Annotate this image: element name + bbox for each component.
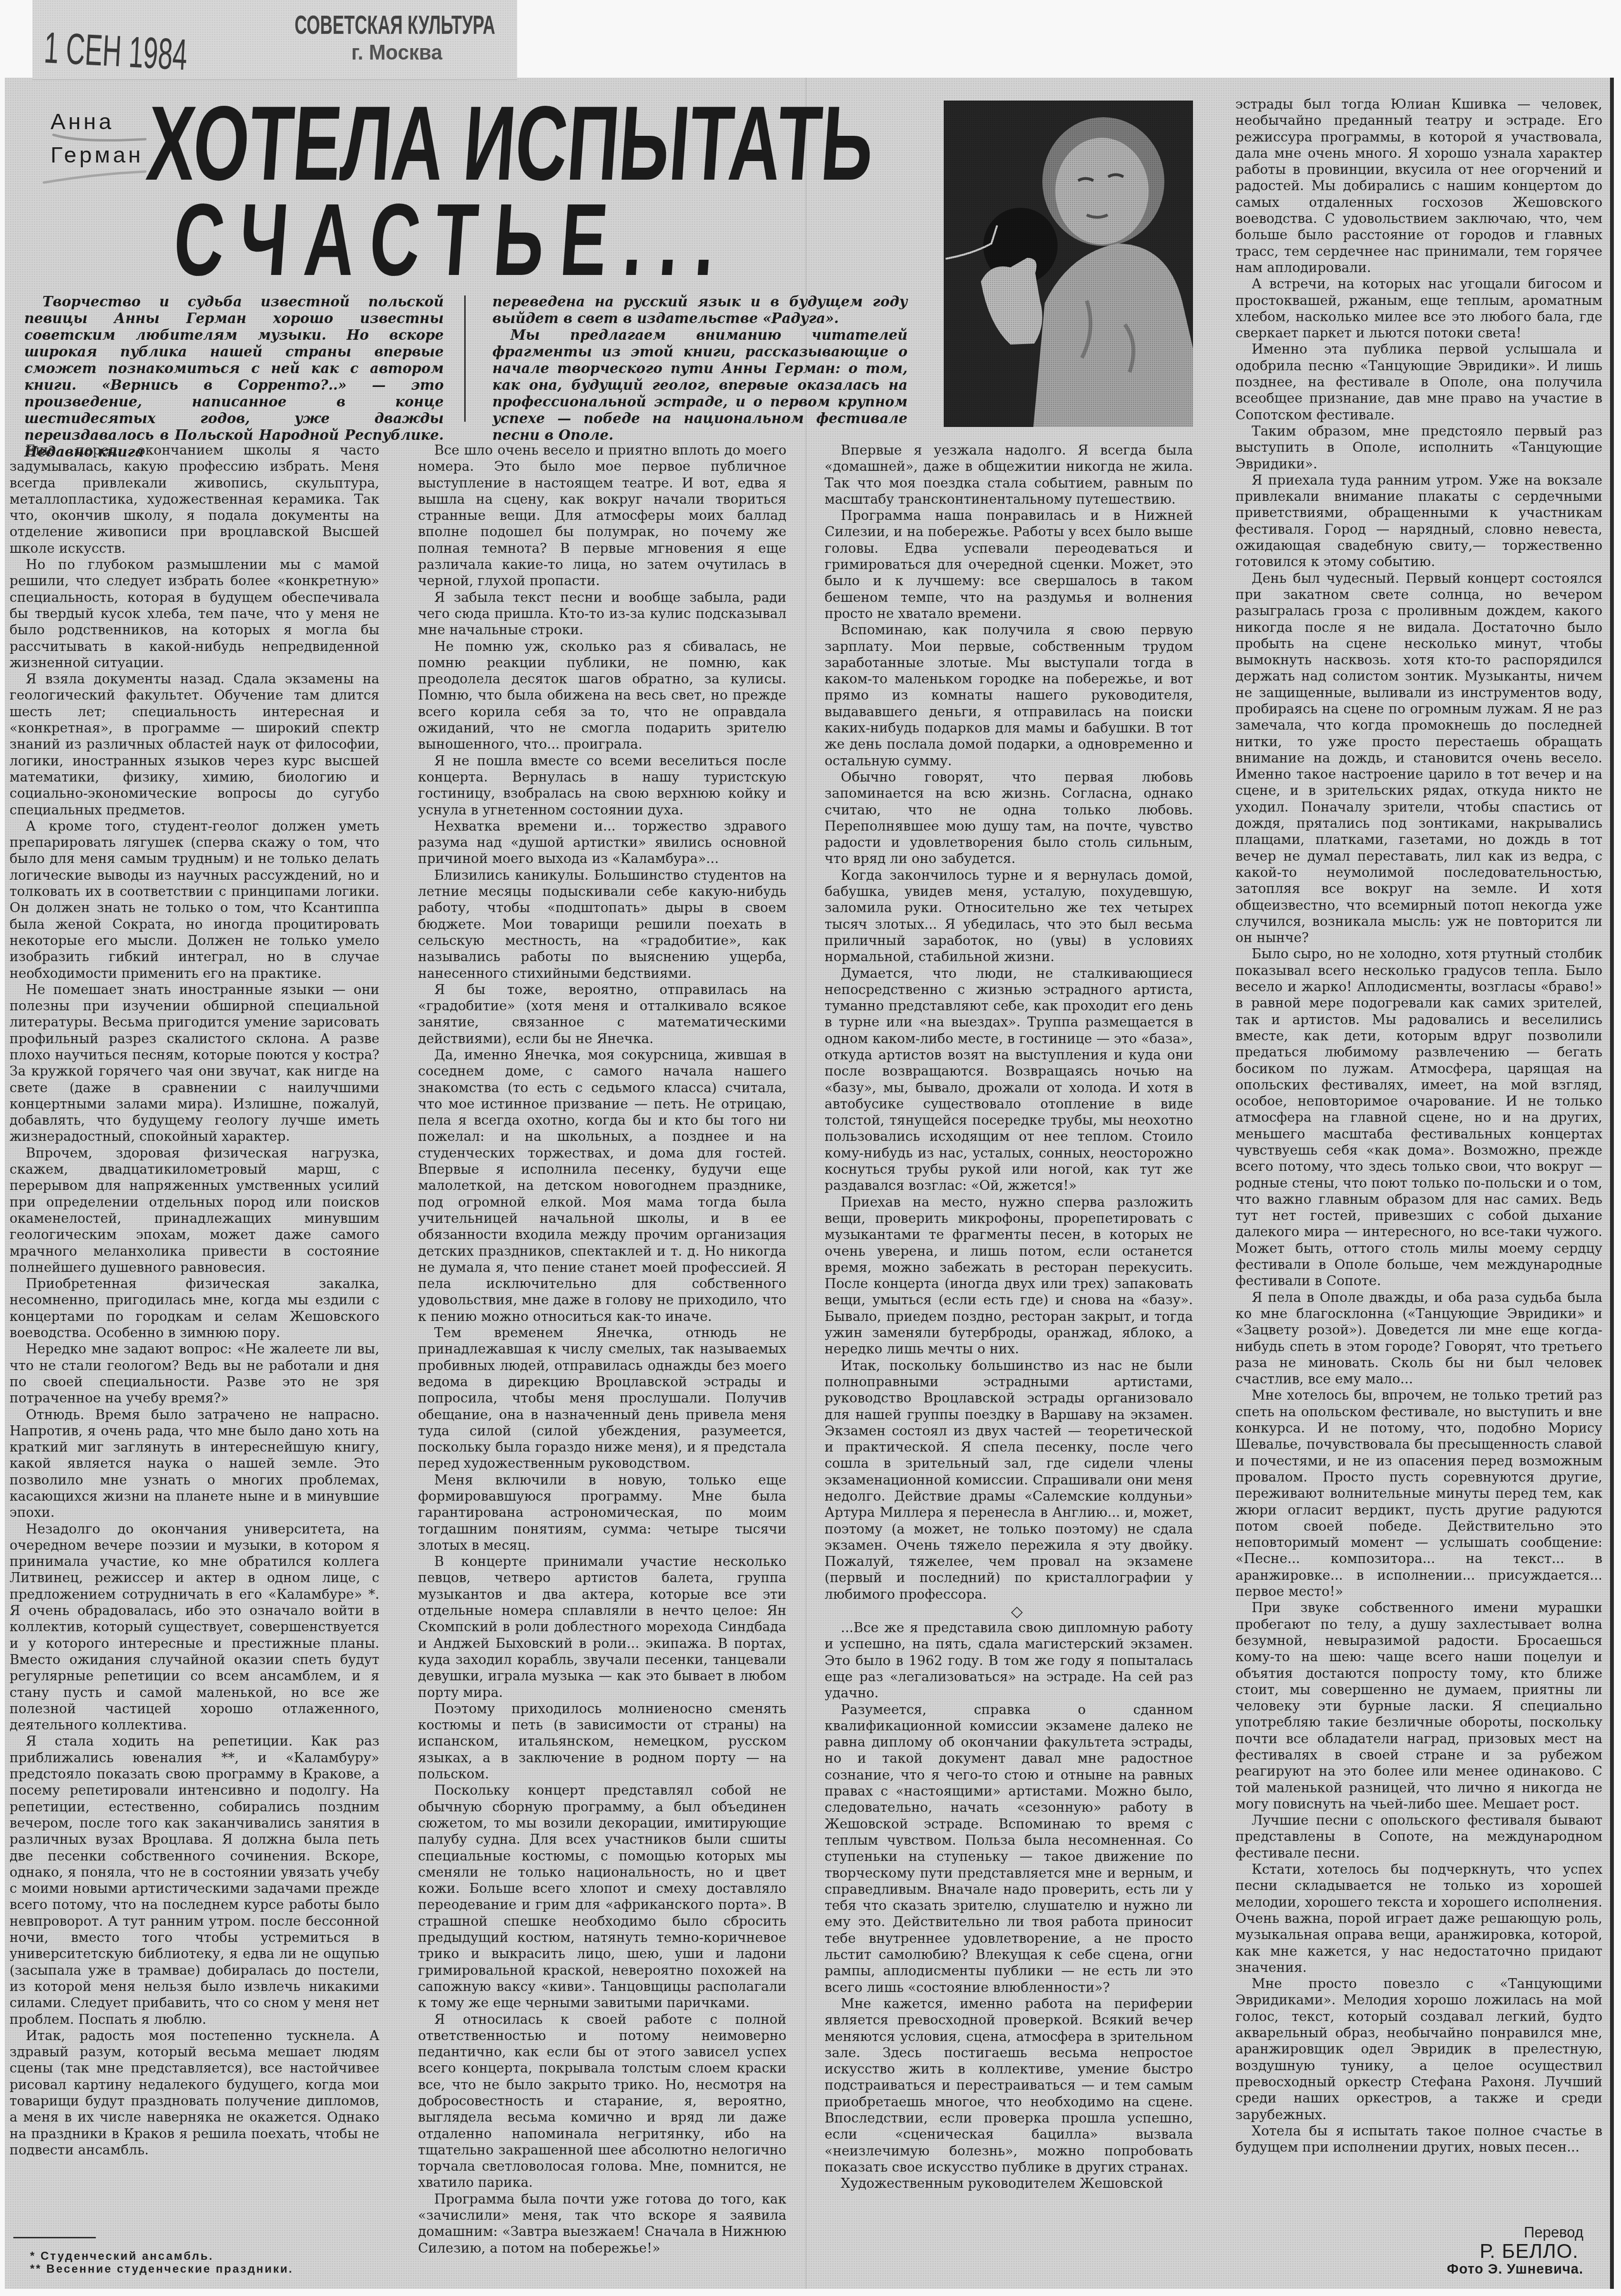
paragraph: Мне кажется, именно работа на периферии …	[825, 1996, 1193, 2175]
paragraph: Художественным руководителем Жешовской	[825, 2175, 1193, 2192]
paragraph: Впервые я уезжала надолго. Я всегда была…	[825, 442, 1193, 508]
paragraph: ...Все же я представила свою дипломную р…	[825, 1620, 1193, 1701]
paragraph: Приобретенная физическая закалка, несомн…	[10, 1276, 379, 1341]
paragraph: Не помешает знать иностранные языки — он…	[10, 982, 379, 1145]
paragraph: Таким образом, мне предстояло первый раз…	[1235, 423, 1602, 472]
paragraph: Разумеется, справка о сданном квалификац…	[825, 1702, 1193, 1996]
paragraph: Незадолго до окончания университета, на …	[10, 1521, 379, 1734]
article-column-3: Впервые я уезжала надолго. Я всегда была…	[825, 442, 1193, 2192]
paragraph: Не помню уж, сколько раз я сбивалась, не…	[418, 639, 786, 753]
headline-line-1: ХОТЕЛА ИСПЫТАТЬ	[143, 91, 877, 196]
footnote-divider	[13, 2237, 96, 2238]
stamp-publication: СОВЕТСКАЯ КУЛЬТУРА	[295, 12, 495, 38]
photo-anna-german	[944, 101, 1193, 427]
translation-label: Перевод	[1524, 2225, 1583, 2240]
paragraph: Все шло очень весело и приятно вплоть до…	[418, 442, 786, 589]
paragraph: Было сыро, но не холодно, хотя ртутный с…	[1235, 946, 1602, 1289]
lead-divider	[464, 295, 466, 422]
paragraph: Думается, что люди, не сталкивающиеся не…	[825, 965, 1193, 1194]
paragraph: При звуке собственного имени мурашки про…	[1235, 1600, 1602, 1812]
paragraph: Да, именно Янечка, моя сокурсница, живша…	[418, 1047, 786, 1325]
footnote-1: * Студенческий ансамбль.	[30, 2250, 214, 2263]
lead-paragraph-right: переведена на русский язык и в будущем г…	[492, 294, 907, 444]
lead-text: переведена на русский язык и в будущем г…	[492, 294, 907, 327]
paragraph: Программа была почти уже готова до того,…	[418, 2191, 786, 2256]
paragraph: А встречи, на которых нас угощали бигосо…	[1235, 276, 1602, 341]
lead-text: Творчество и судьба известной польской п…	[24, 294, 444, 460]
paragraph: Я относилась к своей работе с полной отв…	[418, 2012, 786, 2191]
paragraph: Я пела в Ополе дважды, и оба раза судьба…	[1235, 1290, 1602, 1388]
paragraph: Впрочем, здоровая физическая нагрузка, с…	[10, 1145, 379, 1276]
article-column-1: Еще перед окончанием школы я часто задум…	[10, 442, 379, 2158]
paragraph: Поэтому приходилось молниеносно сменять …	[418, 1701, 786, 1782]
photo-credit: Фото Э. Ушневича.	[1447, 2263, 1583, 2276]
paragraph: Итак, радость моя постепенно туск­нела. …	[10, 2028, 379, 2158]
paragraph: Кстати, хотелось бы подчеркнуть, что усп…	[1235, 1861, 1602, 1976]
paragraph: Лучшие песни с опольского фестиваля быва…	[1235, 1812, 1602, 1861]
paragraph: Мне хотелось бы, впрочем, не только трет…	[1235, 1387, 1602, 1600]
paragraph: Когда закончилось турне и я вернулась до…	[825, 867, 1193, 965]
paragraph: В концерте принимали участие несколько п…	[418, 1554, 786, 1701]
translator-name: Р. БЕЛЛО.	[1480, 2241, 1579, 2261]
paragraph: Программа наша понравилась и в Нижней Си…	[825, 508, 1193, 622]
paragraph: Я забыла текст песни и вообще забыла, ра…	[418, 589, 786, 639]
paragraph: Приехав на место, нужно сперва разложить…	[825, 1194, 1193, 1358]
paragraph: Поскольку концерт представлял собой не о…	[418, 1782, 786, 2011]
paragraph: Еще перед окончанием школы я часто задум…	[10, 442, 379, 557]
stamp-city: г. Москва	[351, 41, 442, 63]
paragraph: Обычно говорят, что первая любовь запоми…	[825, 769, 1193, 867]
paragraph: Я стала ходить на репетиции. Как раз при…	[10, 1733, 379, 2027]
paragraph: Меня включили в новую, только еще формир…	[418, 1472, 786, 1554]
footnote-2: ** Весенние студенческие праздники.	[30, 2263, 293, 2276]
paragraph: Я не пошла вместе со всеми веселиться по…	[418, 753, 786, 818]
paragraph: Но по глубоком размышлении мы с мамой ре…	[10, 557, 379, 671]
stamp-date: 1 СЕН 1984	[43, 26, 188, 77]
paragraph: День был чудесный. Первый концерт состоя…	[1235, 570, 1602, 946]
paragraph: Мне просто повезло с «Танцующими Эвридик…	[1235, 1976, 1602, 2123]
paragraph: Я бы тоже, вероятно, отправилась на «гра…	[418, 982, 786, 1047]
headline-line-2: СЧАСТЬЕ...	[171, 188, 735, 291]
paragraph: А кроме того, студент-геолог должен умет…	[10, 818, 379, 982]
paragraph: Хотела бы я испытать такое полное счасть…	[1235, 2123, 1602, 2156]
paragraph: Тем временем Янечка, отнюдь не принадлеж…	[418, 1325, 786, 1472]
singer-photo-icon	[944, 101, 1193, 427]
paragraph: Итак, поскольку большинство из нас не бы…	[825, 1358, 1193, 1603]
paragraph: Отнюдь. Время было затрачено не напрасно…	[10, 1407, 379, 1521]
paragraph: Я приехала туда ранним утром. Уже на вок…	[1235, 472, 1602, 570]
paragraph: эстрады был тогда Юлиан Кшивка — человек…	[1235, 96, 1602, 276]
lead-paragraph-left: Творчество и судьба известной польской п…	[24, 294, 444, 460]
section-break-diamond-icon: ◇	[825, 1603, 1193, 1620]
paragraph: Нередко мне задают вопрос: «Не жалеете л…	[10, 1341, 379, 1406]
paragraph: Близились каникулы. Большинство студенто…	[418, 867, 786, 982]
pencil-mark-icon	[38, 129, 153, 191]
article-column-4: эстрады был тогда Юлиан Кшивка — человек…	[1235, 96, 1602, 2155]
paragraph: Вспоминаю, как получила я свою первую за…	[825, 622, 1193, 769]
paragraph: Нехватка времени и... торжество здравого…	[418, 818, 786, 867]
lead-text: Мы предлагаем вниманию читателей фрагмен…	[492, 327, 907, 444]
article-column-2: Все шло очень весело и приятно вплоть до…	[418, 442, 786, 2256]
paragraph: Именно эта публика первой услышала и одо…	[1235, 341, 1602, 423]
paragraph: Я взяла документы назад. Сдала экзамены …	[10, 671, 379, 818]
